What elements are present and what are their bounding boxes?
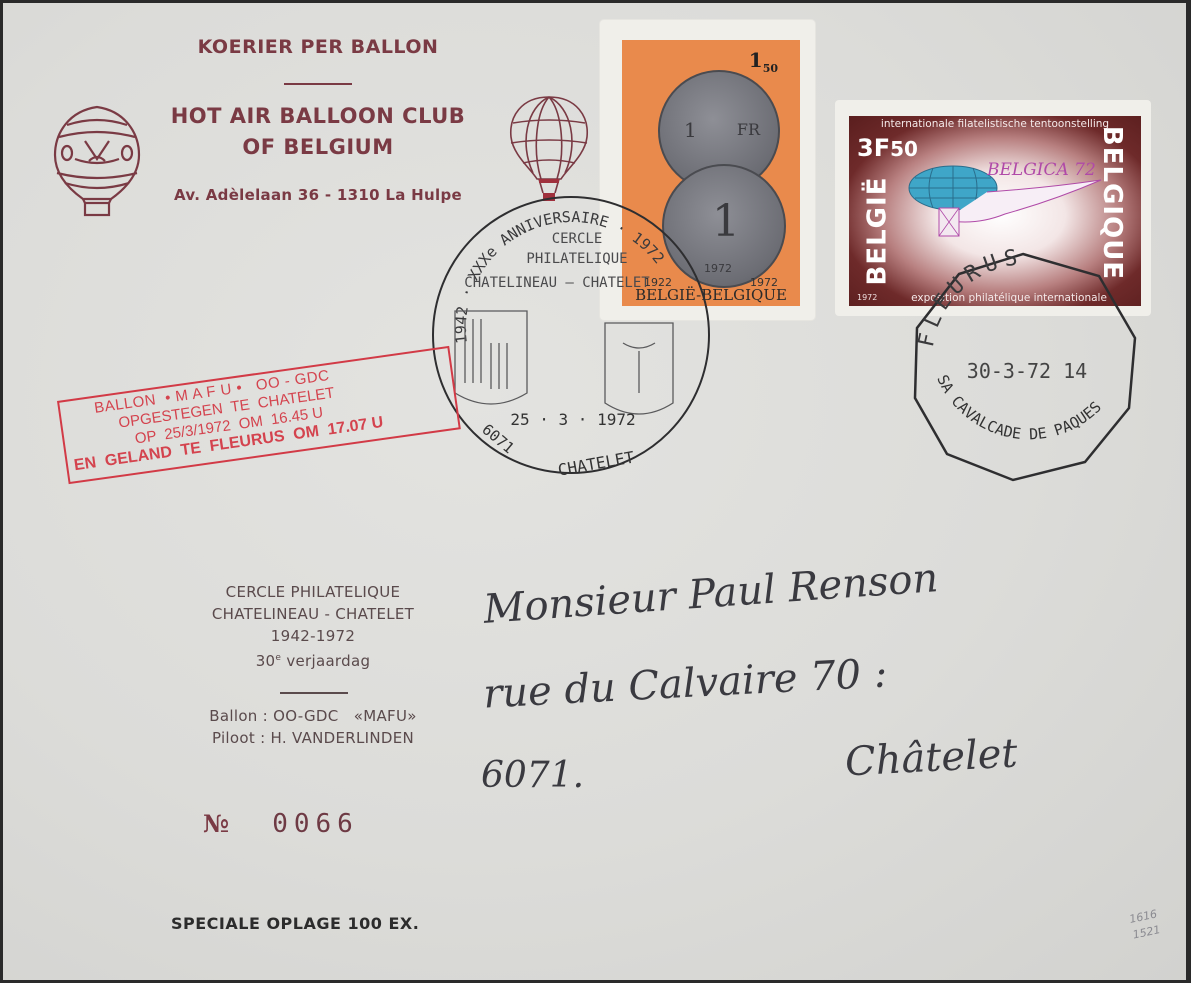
pilot-info: Piloot : H. VANDERLINDEN [163, 727, 463, 749]
header-line3: OF BELGIUM [143, 135, 493, 159]
pencil-notes: 1616 1521 [1128, 906, 1162, 943]
postmark-chatelet: 1942 · XXXe ANNIVERSAIRE · 1972 CERCLE P… [427, 193, 717, 478]
balloon-info: Ballon : OO-GDC «MAFU» [163, 705, 463, 727]
svg-text:CHATELINEAU — CHATELET: CHATELINEAU — CHATELET [464, 275, 650, 291]
stamp-belgica-value: 3F50 [857, 134, 918, 162]
header-rule [284, 83, 352, 85]
svg-text:PHILATELIQUE: PHILATELIQUE [526, 251, 627, 267]
postmark-fleurus: FLEURUS 30-3-72 14 SA CAVALCADE DE PAQUE… [903, 248, 1153, 488]
address-line1: Monsieur Paul Renson [482, 555, 940, 633]
serial-number: № 0066 [203, 809, 359, 839]
svg-text:30-3-72 14: 30-3-72 14 [967, 359, 1087, 383]
club-info: CERCLE PHILATELIQUE CHATELINEAU - CHATEL… [163, 581, 463, 672]
address-line2: rue du Calvaire 70 : [482, 650, 888, 717]
stamp-coins-value: 150 [749, 48, 778, 75]
envelope: KOERIER PER BALLON HOT AIR BALLOON CLUB … [3, 3, 1186, 980]
svg-text:CHATELET: CHATELET [556, 447, 636, 478]
header-line1: KOERIER PER BALLON [163, 36, 473, 58]
svg-text:CERCLE: CERCLE [552, 231, 603, 247]
svg-text:25 · 3 · 1972: 25 · 3 · 1972 [510, 410, 635, 429]
red-flight-cachet: BALLON • M A F U • OO - GDC OPGESTEGEN T… [57, 346, 461, 484]
header-line2: HOT AIR BALLOON CLUB [143, 104, 493, 128]
belgica-logo-text: BELGICA 72 [987, 160, 1096, 180]
address-postcode: 6071. [481, 755, 584, 796]
montgolfier-balloon-icon [49, 103, 145, 223]
svg-text:FLEURUS: FLEURUS [914, 248, 1025, 349]
edition-note: SPECIALE OPLAGE 100 EX. [171, 914, 419, 933]
address-city: Châtelet [844, 731, 1019, 786]
club-info-rule [280, 692, 348, 694]
